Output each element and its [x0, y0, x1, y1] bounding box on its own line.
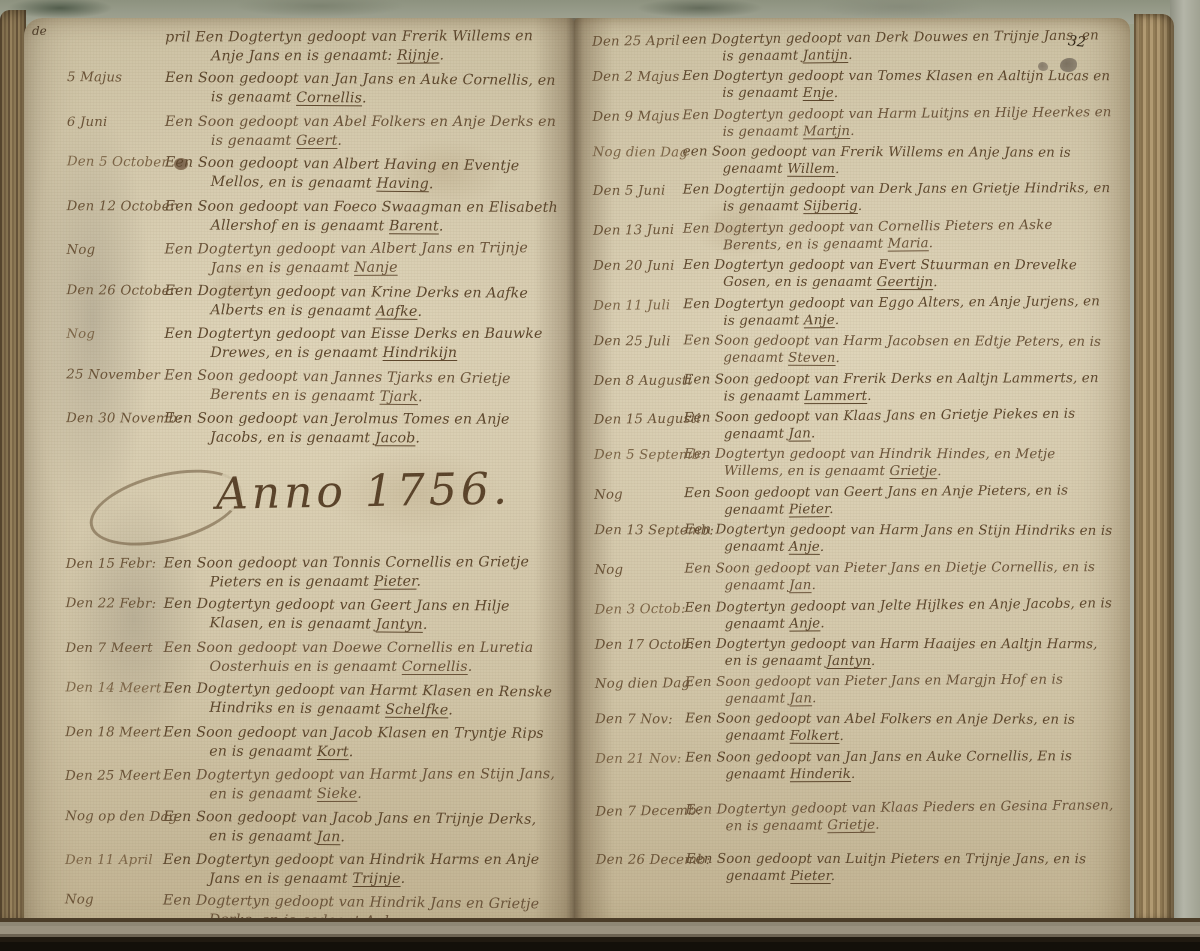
- baptism-entry: Nog op den DagEen Soon gedoopt van Jacob…: [65, 807, 557, 848]
- baptized-name: Jantyn: [827, 654, 871, 669]
- entry-date: Den 20 Juni: [593, 259, 674, 274]
- entry-date: Den 7 Decemb:: [595, 803, 701, 819]
- baptism-entry: Den 25 MeertEen Dogtertyn gedoopt van Ha…: [65, 765, 557, 804]
- entry-text: Een Dogtertyn gedoopt van Hindrik Harms …: [163, 851, 557, 888]
- baptism-entry: Den 15 Febr:Een Soon gedoopt van Tonnis …: [66, 553, 558, 592]
- entries-section-1756: Den 15 Febr:Een Soon gedoopt van Tonnis …: [65, 553, 558, 932]
- entry-date: Den 9 Majus: [592, 109, 679, 125]
- baptized-name: Hindrikijn: [383, 345, 458, 361]
- baptism-entry: Den 7 MeertEen Soon gedoopt van Doewe Co…: [66, 639, 558, 676]
- entry-date: Nog op den Dag: [65, 809, 177, 825]
- baptized-name: Barent: [389, 218, 439, 234]
- entry-text: Een Dogtertyn gedoopt van Hindrik Hindes…: [684, 446, 1114, 481]
- baptism-entry: Den 22 Febr:Een Dogtertyn gedoopt van Ge…: [65, 594, 557, 635]
- entry-text: Een Soon gedoopt van Jacob Klasen en Try…: [163, 723, 557, 762]
- right-page: 32 Den 25 Aprileen Dogtertyn gedoopt van…: [574, 18, 1130, 925]
- entry-date: Nog: [65, 893, 94, 908]
- baptized-name: Kort: [317, 743, 349, 759]
- baptism-entry: 5 MajusEen Soon gedoopt van Jan Jans en …: [67, 69, 559, 110]
- baptism-entry: 6 JuniEen Soon gedoopt van Abel Folkers …: [67, 113, 559, 150]
- baptism-entry: 25 NovemberEen Soon gedoopt van Jannes T…: [66, 365, 558, 408]
- baptized-name: Sieke: [317, 786, 357, 802]
- baptized-name: Jan: [317, 828, 341, 844]
- entry-text: Een Soon gedoopt van Jan Jans en Auke Co…: [685, 748, 1115, 784]
- baptized-name: Rijnje: [397, 47, 440, 63]
- entry-text: Een Dogtertijn gedoopt van Derk Jans en …: [683, 180, 1113, 216]
- entry-text: Een Dogtertyn gedoopt van Harmt Jans en …: [163, 765, 557, 804]
- entry-date: 5 Majus: [67, 71, 122, 86]
- baptism-entry: Den 2 MajusEen Dogtertyn gedoopt van Tom…: [592, 68, 1112, 103]
- entry-text: Een Soon gedoopt van Tonnis Cornellis en…: [164, 553, 558, 592]
- entry-text: Een Soon gedoopt van Pieter Jans en Marg…: [685, 672, 1115, 710]
- baptized-name: Geert: [296, 133, 337, 149]
- entry-text: Een Dogtertyn gedoopt van Harmt Klasen e…: [163, 680, 557, 722]
- folio-mark-left: de: [32, 24, 47, 38]
- entry-text: Een Soon gedoopt van Abel Folkers en Anj…: [685, 711, 1115, 747]
- entry-text: Een Dogtertyn gedoopt van Eisse Derks en…: [164, 325, 558, 362]
- baptism-entry: Den 12 OctoberEen Soon gedoopt van Foeco…: [67, 197, 559, 236]
- entry-text: Een Dogtertyn gedoopt van Jelte Hijlkes …: [684, 595, 1114, 634]
- baptized-name: Sijberig: [803, 200, 858, 215]
- entry-text: een Dogtertyn gedoopt van Derk Douwes en…: [682, 27, 1112, 66]
- entry-text: Een Soon gedoopt van Harm Jacobsen en Ed…: [683, 332, 1113, 368]
- baptism-entry: Den 8 AugustiEen Soon gedoopt van Frerik…: [594, 370, 1114, 407]
- baptism-entry: Den 13 JuniEen Dogtertyn gedoopt van Cor…: [593, 216, 1113, 256]
- baptism-entry: Den 11 AprilEen Dogtertyn gedoopt van Hi…: [65, 851, 557, 888]
- baptized-name: Geertijn: [877, 276, 934, 291]
- entry-text: Een Soon gedoopt van Jerolmus Tomes en A…: [164, 410, 558, 449]
- baptized-name: Enje: [803, 86, 834, 101]
- entry-date: 25 November: [66, 367, 160, 383]
- baptized-name: Pieter: [789, 503, 829, 518]
- baptized-name: Tjark: [380, 388, 419, 404]
- entry-date: Nog: [66, 327, 95, 342]
- entry-text: Een Soon gedoopt van Geert Jans en Anje …: [684, 482, 1114, 520]
- entry-text: Een Soon gedoopt van Pieter Jans en Diet…: [684, 559, 1114, 595]
- baptized-name: Pieter: [374, 573, 417, 589]
- baptism-entry: Den 21 Nov:Een Soon gedoopt van Jan Jans…: [595, 748, 1115, 785]
- baptism-entry: Den 14 MeertEen Dogtertyn gedoopt van Ha…: [65, 679, 557, 722]
- entry-text: Een Soon gedoopt van Jacob Jans en Trijn…: [163, 807, 557, 848]
- entry-date: Den 13 Septemb:: [594, 523, 714, 538]
- baptized-name: Martjn: [803, 124, 850, 139]
- year-heading-block: Anno 1756.: [216, 465, 558, 542]
- baptized-name: Steven: [788, 351, 836, 366]
- entry-date: Den 13 Juni: [593, 223, 675, 239]
- baptized-name: Folkert: [790, 729, 840, 744]
- entry-date: Den 12 October: [67, 199, 177, 214]
- entry-text: Een Dogtertyn gedoopt van Harm Luitjns e…: [682, 104, 1112, 142]
- entry-text: Een Dogtertyn gedoopt van Albert Jans en…: [164, 239, 558, 278]
- baptized-name: Cornellis: [296, 90, 362, 107]
- entry-date: Den 8 Augusti: [594, 373, 692, 388]
- entry-date: Den 15 Febr:: [66, 556, 157, 571]
- entry-date: Den 21 Nov:: [595, 752, 681, 767]
- baptism-entry: Den 11 JuliEen Dogtertyn gedoopt van Egg…: [593, 293, 1113, 331]
- baptism-entry: Den 30 Novemb:Een Soon gedoopt van Jerol…: [66, 409, 558, 448]
- entry-text: Een Dogtertyn gedoopt van Cornellis Piet…: [683, 216, 1113, 255]
- baptized-name: Trijnje: [352, 871, 400, 887]
- entry-text: Een Soon gedoopt van Frerik Derks en Aal…: [684, 370, 1114, 406]
- entry-text: Een Dogtertyn gedoopt van Geert Jans en …: [163, 595, 557, 636]
- left-page: de pril Een Dogtertyn gedoopt van Frerik…: [24, 18, 574, 925]
- entry-text: Een Soon gedoopt van Klaas Jans en Griet…: [684, 406, 1114, 445]
- entry-date: Den 25 April: [592, 34, 680, 50]
- entry-text: pril Een Dogtertyn gedoopt van Frerik Wi…: [165, 27, 559, 66]
- entry-date: Den 15 Augusti: [594, 412, 701, 428]
- baptism-entry: Den 26 OctoberEen Dogtertyn gedoopt van …: [66, 281, 558, 322]
- entry-date: Den 25 Meert: [65, 769, 161, 784]
- baptism-entry: Den 5 Septemb:Een Dogtertyn gedoopt van …: [594, 446, 1114, 481]
- baptism-entry: Den 15 AugustiEen Soon gedoopt van Klaas…: [594, 406, 1114, 446]
- entry-date: Den 5 Septemb:: [594, 448, 705, 463]
- book-page-edges-left: [0, 10, 26, 926]
- entry-text: Een Soon gedoopt van Albert Having en Ev…: [165, 154, 559, 196]
- baptism-entry: Nog dien Dageen Soon gedoopt van Frerik …: [593, 143, 1113, 180]
- entry-text: Een Soon gedoopt van Foeco Swaagman en E…: [165, 197, 559, 236]
- entry-date: Nog dien Dag: [593, 145, 688, 160]
- entry-date: Den 5 Juni: [593, 184, 666, 199]
- table-surface-right: [1170, 0, 1200, 951]
- entry-date: Nog: [594, 563, 623, 578]
- baptized-name: Hinderik: [790, 767, 851, 782]
- entry-text: Een Soon gedoopt van Doewe Cornellis en …: [164, 639, 558, 676]
- baptism-entry: NogEen Dogtertyn gedoopt van Albert Jans…: [66, 239, 558, 278]
- baptized-name: Anje: [789, 616, 820, 631]
- baptism-entry: NogEen Soon gedoopt van Geert Jans en An…: [594, 482, 1114, 520]
- entry-date: Den 2 Majus: [592, 70, 679, 85]
- entry-date: Den 11 April: [65, 853, 153, 868]
- entry-date: 6 Juni: [67, 115, 108, 130]
- entry-text: een Soon gedoopt van Frerik Willems en A…: [683, 143, 1113, 179]
- entry-text: Een Soon gedoopt van Jan Jans en Auke Co…: [165, 69, 559, 110]
- baptized-name: Lammert: [804, 389, 867, 404]
- entry-date: Den 22 Febr:: [66, 596, 157, 612]
- baptism-entry: Den 25 Aprileen Dogtertyn gedoopt van De…: [592, 27, 1112, 67]
- entry-text: Een Dogtertyn gedoopt van Evert Stuurman…: [683, 257, 1113, 292]
- baptism-entry: Den 5 OctoberEen Soon gedoopt van Albert…: [67, 153, 559, 196]
- baptism-entry: Den 13 Septemb:Een Dogtertyn gedoopt van…: [594, 521, 1114, 558]
- entry-text: Een Soon gedoopt van Abel Folkers en Anj…: [165, 113, 559, 150]
- entry-text: Een Dogtertyn gedoopt van Harm Haaijes e…: [685, 635, 1115, 670]
- entry-date: Den 30 Novemb:: [66, 411, 182, 426]
- baptized-name: Jantyn: [376, 616, 423, 632]
- entry-text: Een Soon gedoopt van Jannes Tjarks en Gr…: [164, 366, 558, 408]
- baptism-entry: pril Een Dogtertyn gedoopt van Frerik Wi…: [67, 27, 559, 66]
- entry-date: Nog dien Dag: [595, 676, 690, 692]
- baptism-entry: Den 18 MeertEen Soon gedoopt van Jacob K…: [65, 723, 557, 762]
- baptism-entry: Den 3 Octob:Een Dogtertyn gedoopt van Je…: [594, 595, 1114, 635]
- entry-date: Den 11 Juli: [593, 298, 670, 314]
- baptism-entry: Den 7 Nov:Een Soon gedoopt van Abel Folk…: [595, 710, 1115, 747]
- baptism-entry: Den 5 JuniEen Dogtertijn gedoopt van Der…: [593, 180, 1113, 217]
- baptism-entry: Nog dien DagEen Soon gedoopt van Pieter …: [595, 672, 1115, 710]
- baptized-name: Jacob: [375, 430, 416, 446]
- baptized-name: Cornellis: [402, 658, 468, 674]
- baptized-name: Jan: [790, 692, 813, 707]
- entries-section-top: pril Een Dogtertyn gedoopt van Frerik Wi…: [66, 27, 559, 448]
- baptized-name: Anje: [804, 313, 835, 328]
- baptized-name: Maria: [888, 237, 929, 252]
- entry-text: Een Soon gedoopt van Luitjn Pieters en T…: [686, 851, 1116, 886]
- entry-date: Den 5 October: [67, 155, 168, 171]
- entry-text: Een Dogtertyn gedoopt van Krine Derks en…: [164, 282, 558, 323]
- baptized-name: Jan: [788, 427, 811, 442]
- year-heading: Anno 1756.: [216, 463, 512, 519]
- entry-date: Den 18 Meert: [65, 725, 161, 740]
- entry-date: Den 14 Meert: [65, 681, 161, 697]
- entry-date: Den 26 Decemb:: [596, 852, 711, 867]
- entry-date: Nog: [66, 243, 95, 258]
- baptism-entry: NogEen Soon gedoopt van Pieter Jans en D…: [594, 559, 1114, 596]
- entry-text: Een Dogtertyn gedoopt van Klaas Pieders …: [685, 797, 1115, 836]
- entry-date: Den 25 Juli: [593, 334, 670, 349]
- entry-date: Den 7 Meert: [66, 641, 153, 656]
- book-bottom-edge: [0, 918, 1200, 951]
- baptized-name: Anje: [789, 540, 820, 555]
- entry-date: Nog: [594, 488, 623, 503]
- manuscript-photo: de pril Een Dogtertyn gedoopt van Frerik…: [0, 0, 1200, 951]
- entry-text: Een Dogtertyn gedoopt van Harm Jans en S…: [684, 521, 1114, 557]
- baptism-entry: Den 7 Decemb:Een Dogtertyn gedoopt van K…: [595, 797, 1115, 837]
- baptism-entry: Den 17 Octob:Een Dogtertyn gedoopt van H…: [595, 635, 1115, 670]
- baptized-name: Jan: [789, 578, 811, 593]
- baptized-name: Nanje: [354, 260, 398, 276]
- baptized-name: Jantijn: [803, 48, 849, 63]
- entry-text: Een Dogtertyn gedoopt van Tomes Klasen e…: [682, 68, 1112, 103]
- baptized-name: Having: [376, 176, 429, 193]
- entry-date: Den 26 October: [66, 283, 176, 299]
- baptism-entry: Den 9 MajusEen Dogtertyn gedoopt van Har…: [592, 104, 1112, 142]
- baptism-entry: Den 20 JuniEen Dogtertyn gedoopt van Eve…: [593, 257, 1113, 292]
- baptized-name: Grietje: [827, 818, 875, 834]
- baptism-entry: Den 26 Decemb:Een Soon gedoopt van Luitj…: [596, 850, 1116, 885]
- baptism-entry: NogEen Dogtertyn gedoopt van Eisse Derks…: [66, 325, 558, 362]
- entries-section-right: Den 25 Aprileen Dogtertyn gedoopt van De…: [592, 29, 1116, 887]
- entry-date: Den 3 Octob:: [594, 601, 685, 617]
- baptized-name: Grietje: [889, 465, 937, 480]
- baptism-entry: Den 25 JuliEen Soon gedoopt van Harm Jac…: [593, 332, 1113, 369]
- entry-date: Den 7 Nov:: [595, 712, 673, 727]
- book-page-edges-right: [1134, 14, 1174, 922]
- right-page-text: Den 25 Aprileen Dogtertyn gedoopt van De…: [592, 29, 1116, 914]
- baptized-name: Pieter: [790, 869, 830, 884]
- baptized-name: Willem: [787, 162, 835, 177]
- entry-text: Een Dogtertyn gedoopt van Eggo Alters, e…: [683, 293, 1113, 331]
- baptized-name: Schelfke: [385, 702, 448, 719]
- left-page-text: pril Een Dogtertyn gedoopt van Frerik Wi…: [65, 27, 559, 911]
- entry-date: Den 17 Octob:: [595, 637, 695, 652]
- baptized-name: Aafke: [376, 303, 418, 319]
